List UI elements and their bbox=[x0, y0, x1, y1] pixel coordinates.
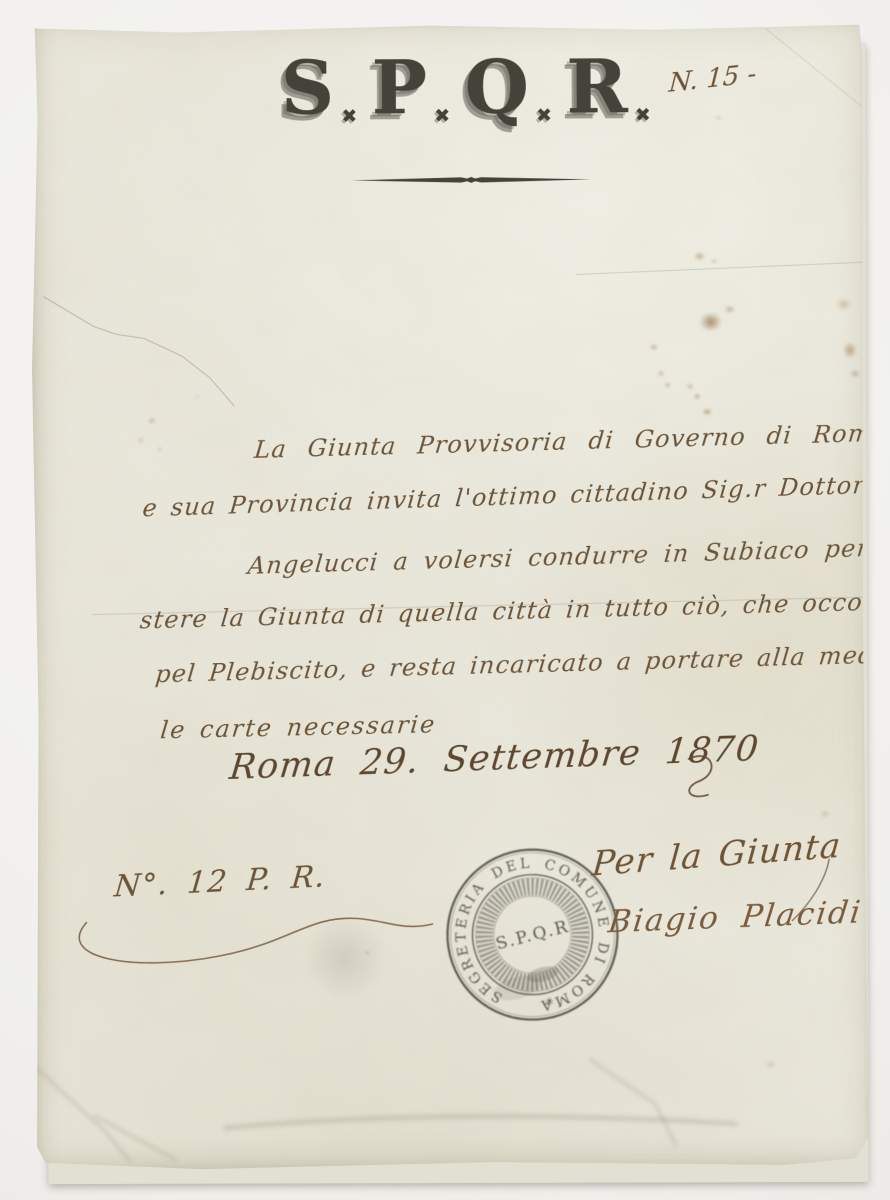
foxing-stain bbox=[146, 416, 157, 425]
foxing-stain bbox=[848, 368, 862, 379]
body-line: pel Plebiscito, e resta incaricato a por… bbox=[154, 639, 890, 689]
foxing-stain bbox=[136, 436, 145, 444]
body-line: le carte necessarie bbox=[159, 710, 438, 744]
body-line: e sua Provincia invita l'ottimo cittadin… bbox=[141, 471, 866, 522]
letterhead-letter: R bbox=[566, 50, 628, 124]
foxing-stain bbox=[710, 258, 719, 265]
letterhead-spqr: S ✖ P ✖ Q ✖ R ✖ bbox=[281, 50, 651, 128]
body-line: stere la Giunta di quella città in tutto… bbox=[139, 587, 890, 634]
foxing-stain bbox=[648, 342, 660, 352]
letterhead-letter-group: P ✖ bbox=[371, 51, 450, 127]
foxing-stain bbox=[763, 1059, 778, 1071]
letterhead-letter-group: R ✖ bbox=[566, 50, 651, 126]
foxing-stain bbox=[692, 392, 702, 401]
ink-smudge bbox=[284, 900, 405, 1016]
foxing-stain bbox=[714, 114, 723, 122]
body-line: La Giunta Provvisoria di Governo di Roma bbox=[253, 419, 889, 464]
photo-backdrop: S ✖ P ✖ Q ✖ R ✖ N. 15 - La Giunta Provvi… bbox=[0, 0, 890, 1200]
foxing-stain bbox=[700, 407, 714, 417]
cross-ornament-icon: ✖ bbox=[536, 105, 552, 127]
cross-ornament-icon: ✖ bbox=[341, 105, 357, 127]
signature-name: Biagio Placidi bbox=[606, 894, 864, 940]
reference-number: N°. 12 P. R. bbox=[113, 859, 328, 904]
foxing-stain bbox=[691, 250, 707, 263]
cross-ornament-icon: ✖ bbox=[635, 104, 651, 126]
ink-speck bbox=[365, 950, 370, 955]
letterhead-letter: P bbox=[371, 51, 427, 125]
letterhead-divider bbox=[351, 175, 591, 184]
cross-ornament-icon: ✖ bbox=[434, 105, 450, 127]
foxing-stain bbox=[194, 394, 200, 399]
foxing-stain bbox=[684, 382, 696, 391]
letterhead-letter: S bbox=[281, 51, 335, 125]
laurel-wreath-ring bbox=[474, 876, 591, 993]
foxing-stain bbox=[722, 304, 738, 315]
archival-number-annotation: N. 15 - bbox=[668, 59, 757, 99]
foxing-stain bbox=[663, 381, 672, 389]
letterhead-letter: Q bbox=[464, 51, 529, 125]
foxing-stain bbox=[832, 295, 856, 313]
letterhead-letter-group: S ✖ bbox=[281, 51, 358, 127]
foxing-stain bbox=[840, 338, 860, 362]
foxing-stain bbox=[818, 808, 832, 819]
signature-role: Per la Giunta bbox=[590, 826, 843, 885]
letterhead-letter-group: Q ✖ bbox=[464, 51, 552, 127]
letter-page: S ✖ P ✖ Q ✖ R ✖ N. 15 - La Giunta Provvi… bbox=[31, 23, 869, 1170]
foxing-stain bbox=[696, 309, 726, 335]
foxing-stain bbox=[656, 369, 666, 378]
foxing-stain bbox=[156, 446, 163, 452]
star-ornament-icon: ✳ bbox=[544, 995, 556, 1010]
stamp-center-text: S.P.Q.R bbox=[494, 917, 572, 955]
body-line: Angelucci a volersi condurre in Subiaco … bbox=[247, 532, 890, 580]
